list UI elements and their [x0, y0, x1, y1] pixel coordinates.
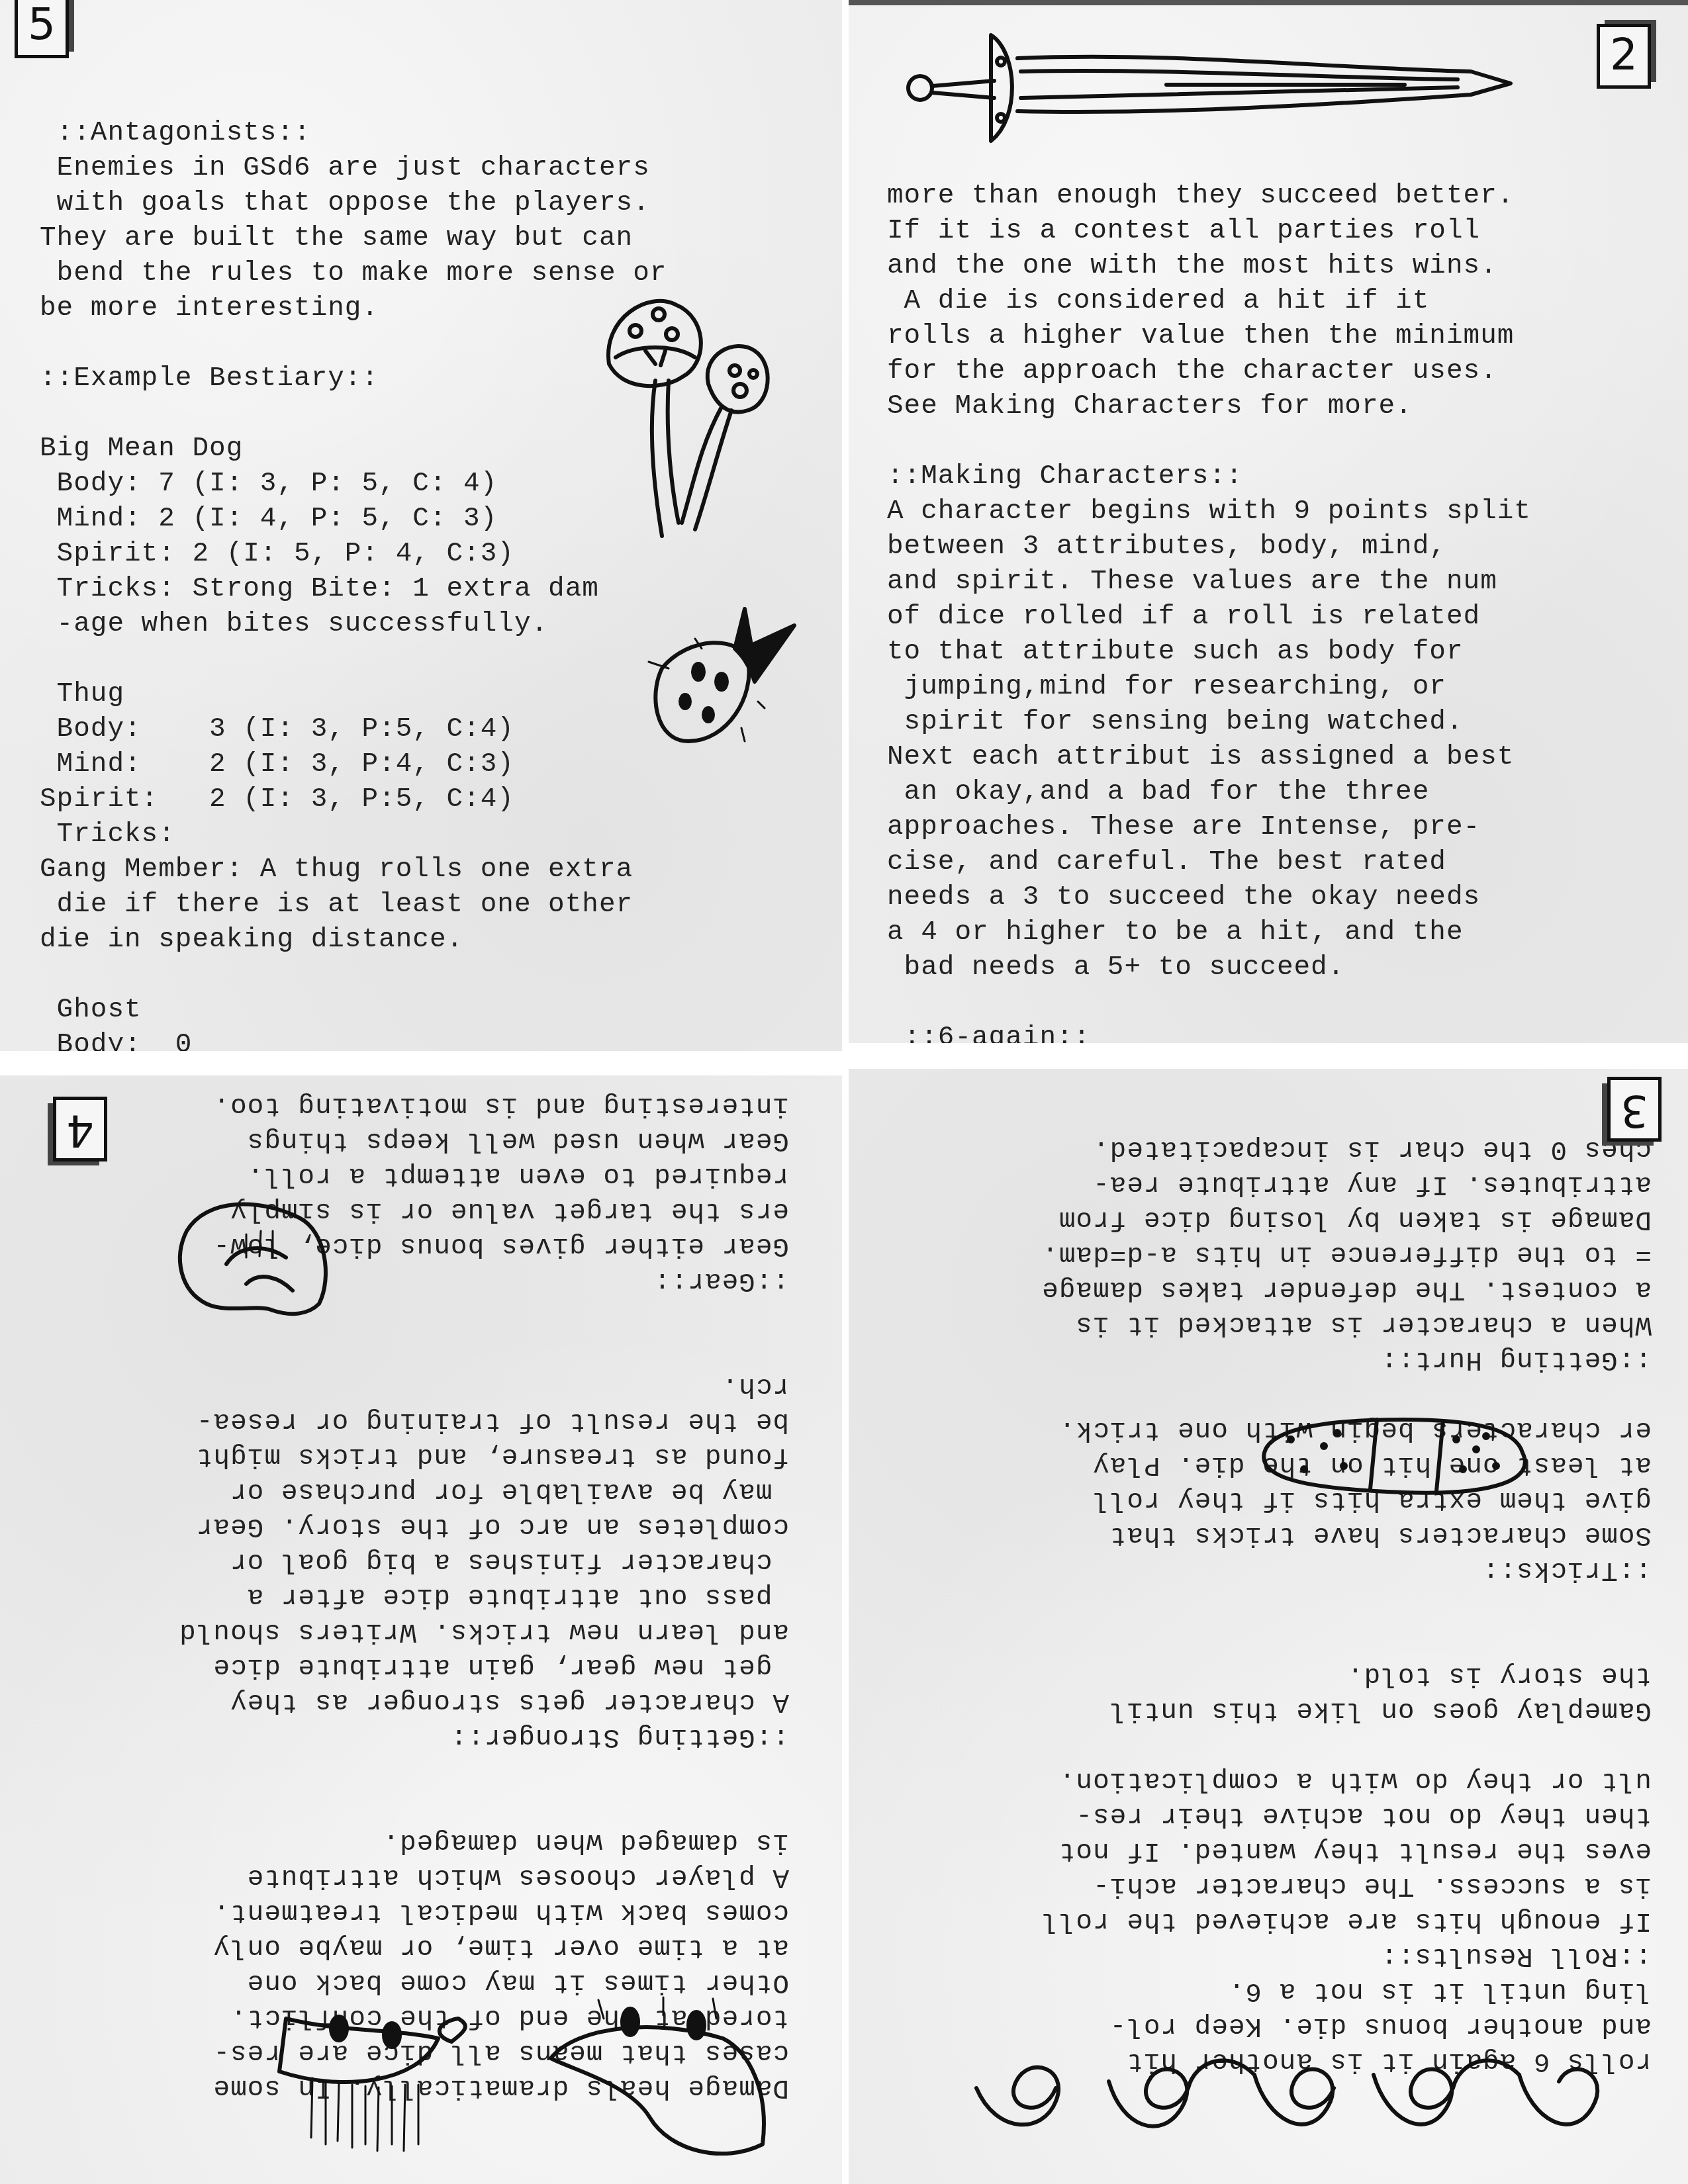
text-line: Some characters have tricks that — [1041, 1517, 1652, 1552]
text-line — [1041, 1727, 1652, 1762]
text-line: rch. — [179, 1368, 789, 1403]
text-line: ::Getting Stronger:: — [179, 1719, 789, 1754]
page-5: 5 ::Antagonists:: Enemies in GSd6 are ju… — [0, 0, 842, 1051]
slug-creature-illustration — [538, 1992, 776, 2171]
text-line: be more interesting. — [40, 291, 667, 326]
text-line: Gameplay goes on like this until — [1041, 1692, 1652, 1727]
text-line: be the result of training or resea- — [179, 1403, 789, 1438]
text-line: for the approach the character uses. — [887, 354, 1531, 389]
text-line: Gear when used well keeps things — [179, 1122, 789, 1158]
text-line — [1041, 1622, 1652, 1657]
page-number: 5 — [28, 0, 56, 50]
text-line: is damaged when damaged. — [179, 1824, 789, 1859]
text-line: Body: 0 — [40, 1028, 667, 1051]
page-body-text: rolls 6 again it is another hitand anoth… — [1041, 1131, 1652, 2078]
text-line: If it is a contest all parties roll — [887, 214, 1531, 249]
page-number-badge: 4 — [53, 1097, 107, 1161]
text-line: attributes. If any attribute rea- — [1041, 1166, 1652, 1201]
text-line: and spirit. These values are the num — [887, 565, 1531, 600]
text-line: ::Tricks:: — [1041, 1552, 1652, 1587]
text-line — [179, 1333, 789, 1368]
page-number-badge: 5 — [15, 0, 69, 58]
text-line: Gang Member: A thug rolls one extra — [40, 852, 667, 887]
text-line: rolls a higher value then the minimum — [887, 319, 1531, 354]
text-line: ::Getting Hurt:: — [1041, 1342, 1652, 1377]
text-line: die in speaking distance. — [40, 923, 667, 958]
page-number: 4 — [66, 1105, 94, 1156]
text-line: ::Roll Results:: — [1041, 1938, 1652, 1973]
text-line: approaches. These are Intense, pre- — [887, 810, 1531, 845]
text-line: A character begins with 9 points split — [887, 494, 1531, 529]
text-line: ::Antagonists:: — [40, 116, 667, 151]
text-line: spirit for sensing being watched. — [887, 705, 1531, 740]
text-line: Tricks: — [40, 817, 667, 852]
text-line: They are built the same way but can — [40, 221, 667, 256]
page-body-text: more than enough they succeed better.If … — [887, 179, 1531, 1043]
text-line: Enemies in GSd6 are just characters — [40, 151, 667, 186]
page-4: Damage heals dramatically. In somecases … — [0, 1075, 842, 2184]
text-line: ult or they do with a complication. — [1041, 1762, 1652, 1797]
text-line: is a success. The character achi- — [1041, 1868, 1652, 1903]
text-line — [40, 326, 667, 361]
crawling-creature-illustration — [246, 1999, 458, 2171]
text-line: ::6-again:: — [887, 1021, 1531, 1043]
text-line — [1041, 1377, 1652, 1412]
text-line: to that attribute such as body for — [887, 635, 1531, 670]
text-line: Thug — [40, 677, 667, 712]
text-line: of dice rolled if a roll is related — [887, 600, 1531, 635]
text-line: cise, and careful. The best rated — [887, 845, 1531, 880]
text-line — [179, 1789, 789, 1824]
text-line — [1041, 1587, 1652, 1622]
wave-border-illustration — [963, 2035, 1625, 2161]
text-line: at a time over time, or maybe only — [179, 1929, 789, 1964]
text-line: ::Making Characters:: — [887, 459, 1531, 494]
text-line: ling until it is not a 6. — [1041, 1973, 1652, 2008]
text-line — [40, 958, 667, 993]
text-line: Body: 7 (I: 3, P: 5, C: 4) — [40, 467, 667, 502]
text-line: ches 0 the char is incapacitated. — [1041, 1131, 1652, 1166]
bandage-illustration — [1258, 1413, 1536, 1499]
monster-head-illustration — [173, 1185, 339, 1330]
page-number-badge: 2 — [1597, 24, 1651, 89]
text-line: See Making Characters for more. — [887, 389, 1531, 424]
text-line: get new gear, gain attribute dice — [179, 1649, 789, 1684]
page-2: 2 more than enough they succeed better.I… — [849, 0, 1688, 1043]
text-line: bend the rules to make more sense or — [40, 256, 667, 291]
text-line: the story is told. — [1041, 1657, 1652, 1692]
text-line: Spirit: 2 (I: 3, P:5, C:4) — [40, 782, 667, 817]
text-line: Ghost — [40, 993, 667, 1028]
text-line: a 4 or higher to be a hit, and the — [887, 915, 1531, 950]
text-line: completes an arc of the story. Gear — [179, 1508, 789, 1543]
text-line: and learn new tricks. Writers should — [179, 1614, 789, 1649]
text-line: needs a 3 to succeed the okay needs — [887, 880, 1531, 915]
text-line: = to the difference in hits a-d=dam. — [1041, 1236, 1652, 1271]
text-line: Mind: 2 (I: 4, P: 5, C: 3) — [40, 502, 667, 537]
mushrooms-illustration — [596, 291, 808, 543]
text-line: Spirit: 2 (I: 5, P: 4, C:3) — [40, 537, 667, 572]
text-line: Tricks: Strong Bite: 1 extra dam — [40, 572, 667, 607]
text-line: between 3 attributes, body, mind, — [887, 529, 1531, 565]
page-number: 3 — [1620, 1085, 1648, 1136]
text-line: -age when bites successfully. — [40, 607, 667, 642]
text-line: bad needs a 5+ to succeed. — [887, 950, 1531, 985]
text-line: interesting and is motivating too. — [179, 1087, 789, 1122]
text-line: A player chooses which attribute — [179, 1859, 789, 1894]
text-line: comes back with medical treatment. — [179, 1894, 789, 1929]
text-line: A character gets stronger as they — [179, 1684, 789, 1719]
beetle-illustration — [635, 609, 801, 754]
text-line — [887, 424, 1531, 459]
text-line: found as treasure, and tricks might — [179, 1438, 789, 1473]
sword-illustration — [902, 32, 1564, 131]
text-line: may be available for purchase or — [179, 1473, 789, 1508]
text-line: then they do not achive their res- — [1041, 1797, 1652, 1833]
text-line: an okay,and a bad for the three — [887, 775, 1531, 810]
page-body-text: ::Antagonists:: Enemies in GSd6 are just… — [40, 116, 667, 1051]
text-line: and the one with the most hits wins. — [887, 249, 1531, 284]
page-number-badge: 3 — [1607, 1077, 1662, 1142]
text-line: Mind: 2 (I: 3, P:4, C:3) — [40, 747, 667, 782]
text-line: character finishes a big goal or — [179, 1543, 789, 1578]
text-line: eves the result they wanted. If not — [1041, 1833, 1652, 1868]
text-line: jumping,mind for researching, or — [887, 670, 1531, 705]
text-line: Next each attribut is assigned a best — [887, 740, 1531, 775]
page-number: 2 — [1610, 29, 1638, 80]
text-line: ::Example Bestiary:: — [40, 361, 667, 396]
text-line — [887, 985, 1531, 1021]
text-line: with goals that oppose the players. — [40, 186, 667, 221]
text-line: Big Mean Dog — [40, 432, 667, 467]
page-3: rolls 6 again it is another hitand anoth… — [849, 1069, 1688, 2184]
text-line — [40, 396, 667, 432]
text-line: A die is considered a hit if it — [887, 284, 1531, 319]
text-line — [179, 1754, 789, 1789]
text-line: pass out attribute dice after a — [179, 1578, 789, 1614]
text-line: die if there is at least one other — [40, 887, 667, 923]
text-line: If enough hits are achieved the roll — [1041, 1903, 1652, 1938]
text-line: Body: 3 (I: 3, P:5, C:4) — [40, 712, 667, 747]
text-line: Damage is taken by losing dice from — [1041, 1201, 1652, 1236]
text-line: more than enough they succeed better. — [887, 179, 1531, 214]
text-line — [40, 642, 667, 677]
text-line: a contest. The defender takes damage — [1041, 1271, 1652, 1306]
text-line: When a character is attacked it is — [1041, 1306, 1652, 1342]
